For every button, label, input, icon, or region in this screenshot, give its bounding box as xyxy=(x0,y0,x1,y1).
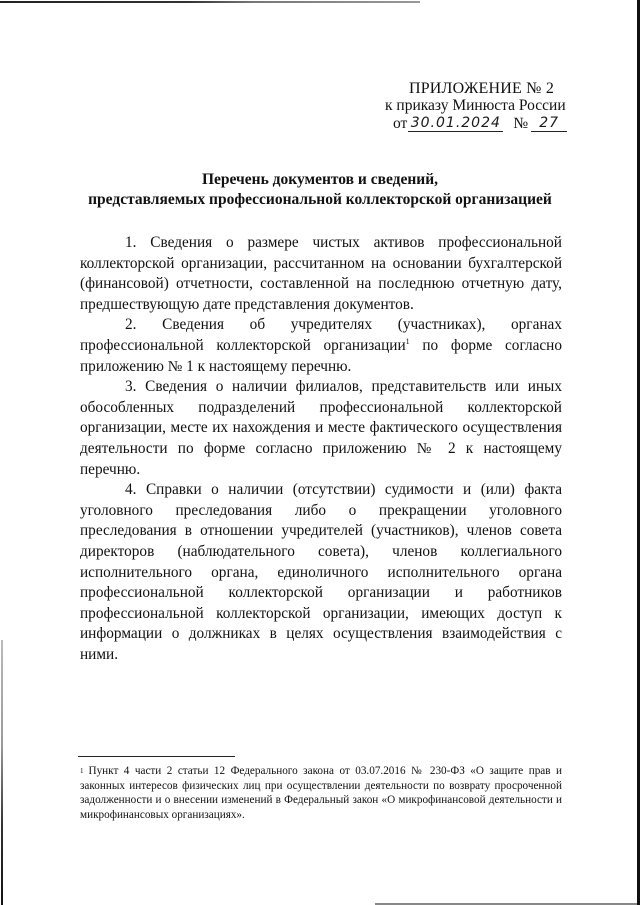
document-body: 1. Сведения о размере чистых активов про… xyxy=(80,233,562,665)
footnote-text: Пункт 4 части 2 статьи 12 Федерального з… xyxy=(80,765,562,821)
list-item-3: 3. Сведения о наличии филиалов, представ… xyxy=(80,377,562,480)
date-prefix: от xyxy=(393,115,407,132)
scan-edge-top xyxy=(0,1,420,3)
order-date-number-line: от 30.01.2024 № 27 xyxy=(385,115,570,132)
footnote-separator xyxy=(78,756,235,757)
order-reference: к приказу Минюста России xyxy=(385,97,570,114)
list-item-2: 2. Сведения об учредителях (участниках),… xyxy=(80,315,562,377)
footnote: 1Пункт 4 части 2 статьи 12 Федерального … xyxy=(80,764,562,822)
number-label: № xyxy=(513,115,528,132)
appendix-title: ПРИЛОЖЕНИЕ № 2 xyxy=(385,80,570,97)
list-item-1: 1. Сведения о размере чистых активов про… xyxy=(80,233,562,315)
handwritten-order-number: 27 xyxy=(531,115,567,132)
scan-edge-left xyxy=(1,640,3,905)
footnote-reference[interactable]: 1 xyxy=(406,337,410,346)
footnote-marker: 1 xyxy=(80,767,84,775)
document-title-line-1: Перечень документов и сведений, xyxy=(60,170,580,190)
appendix-header: ПРИЛОЖЕНИЕ № 2 к приказу Минюста России … xyxy=(385,80,570,132)
list-item-4: 4. Справки о наличии (отсутствии) судимо… xyxy=(80,480,562,665)
document-title: Перечень документов и сведений, представ… xyxy=(60,170,580,210)
document-title-line-2: представляемых профессиональной коллекто… xyxy=(60,190,580,210)
handwritten-date: 30.01.2024 xyxy=(408,115,503,132)
